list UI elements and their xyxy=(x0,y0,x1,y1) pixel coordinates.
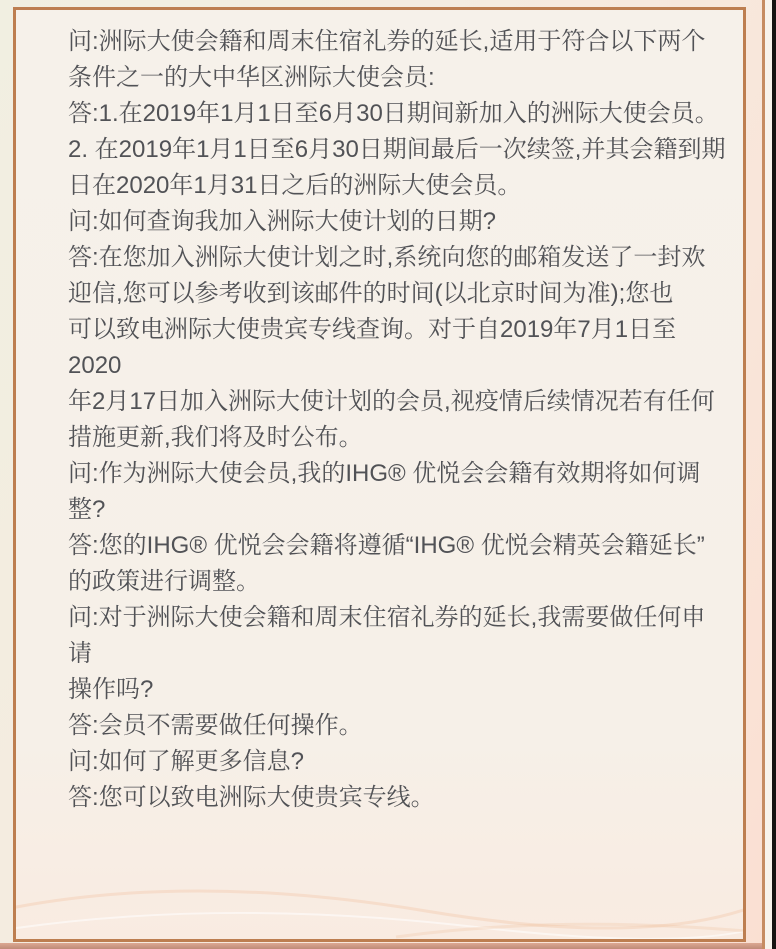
answer-text: 答:会员不需要做任何操作。 xyxy=(68,708,727,744)
faq-item: 问:洲际大使会籍和周末住宿礼券的延长,适用于符合以下两个 条件之一的大中华区洲际… xyxy=(68,24,727,204)
question-text: 问:如何查询我加入洲际大使计划的日期? xyxy=(68,204,727,240)
faq-item: 问:对于洲际大使会籍和周末住宿礼券的延长,我需要做任何申请 操作吗? 答:会员不… xyxy=(68,600,727,744)
answer-text: 答:1.在2019年1月1日至6月30日期间新加入的洲际大使会员。 2. 在20… xyxy=(68,96,727,204)
question-text: 问:如何了解更多信息? xyxy=(68,744,727,780)
right-edge-cream-strip xyxy=(765,0,772,949)
right-edge-dark-strip xyxy=(772,0,776,949)
faq-content: 问:洲际大使会籍和周末住宿礼券的延长,适用于符合以下两个 条件之一的大中华区洲际… xyxy=(68,24,727,816)
question-text: 问:作为洲际大使会员,我的IHG® 优悦会会籍有效期将如何调整? xyxy=(68,456,727,528)
wave-decoration xyxy=(16,819,743,939)
answer-text: 答:您的IHG® 优悦会会籍将遵循“IHG® 优悦会精英会籍延长” 的政策进行调… xyxy=(68,528,727,600)
question-text: 问:洲际大使会籍和周末住宿礼券的延长,适用于符合以下两个 条件之一的大中华区洲际… xyxy=(68,24,727,96)
faq-card: 问:洲际大使会籍和周末住宿礼券的延长,适用于符合以下两个 条件之一的大中华区洲际… xyxy=(13,7,746,942)
faq-item: 问:如何查询我加入洲际大使计划的日期? 答:在您加入洲际大使计划之时,系统向您的… xyxy=(68,204,727,456)
faq-poster: 问:洲际大使会籍和周末住宿礼券的延长,适用于符合以下两个 条件之一的大中华区洲际… xyxy=(0,0,776,949)
faq-item: 问:作为洲际大使会员,我的IHG® 优悦会会籍有效期将如何调整? 答:您的IHG… xyxy=(68,456,727,600)
question-text: 问:对于洲际大使会籍和周末住宿礼券的延长,我需要做任何申请 操作吗? xyxy=(68,600,727,708)
answer-text: 答:您可以致电洲际大使贵宾专线。 xyxy=(68,780,727,816)
bottom-outer-strip xyxy=(0,943,762,949)
faq-item: 问:如何了解更多信息? 答:您可以致电洲际大使贵宾专线。 xyxy=(68,744,727,816)
answer-text: 答:在您加入洲际大使计划之时,系统向您的邮箱发送了一封欢 迎信,您可以参考收到该… xyxy=(68,240,727,456)
